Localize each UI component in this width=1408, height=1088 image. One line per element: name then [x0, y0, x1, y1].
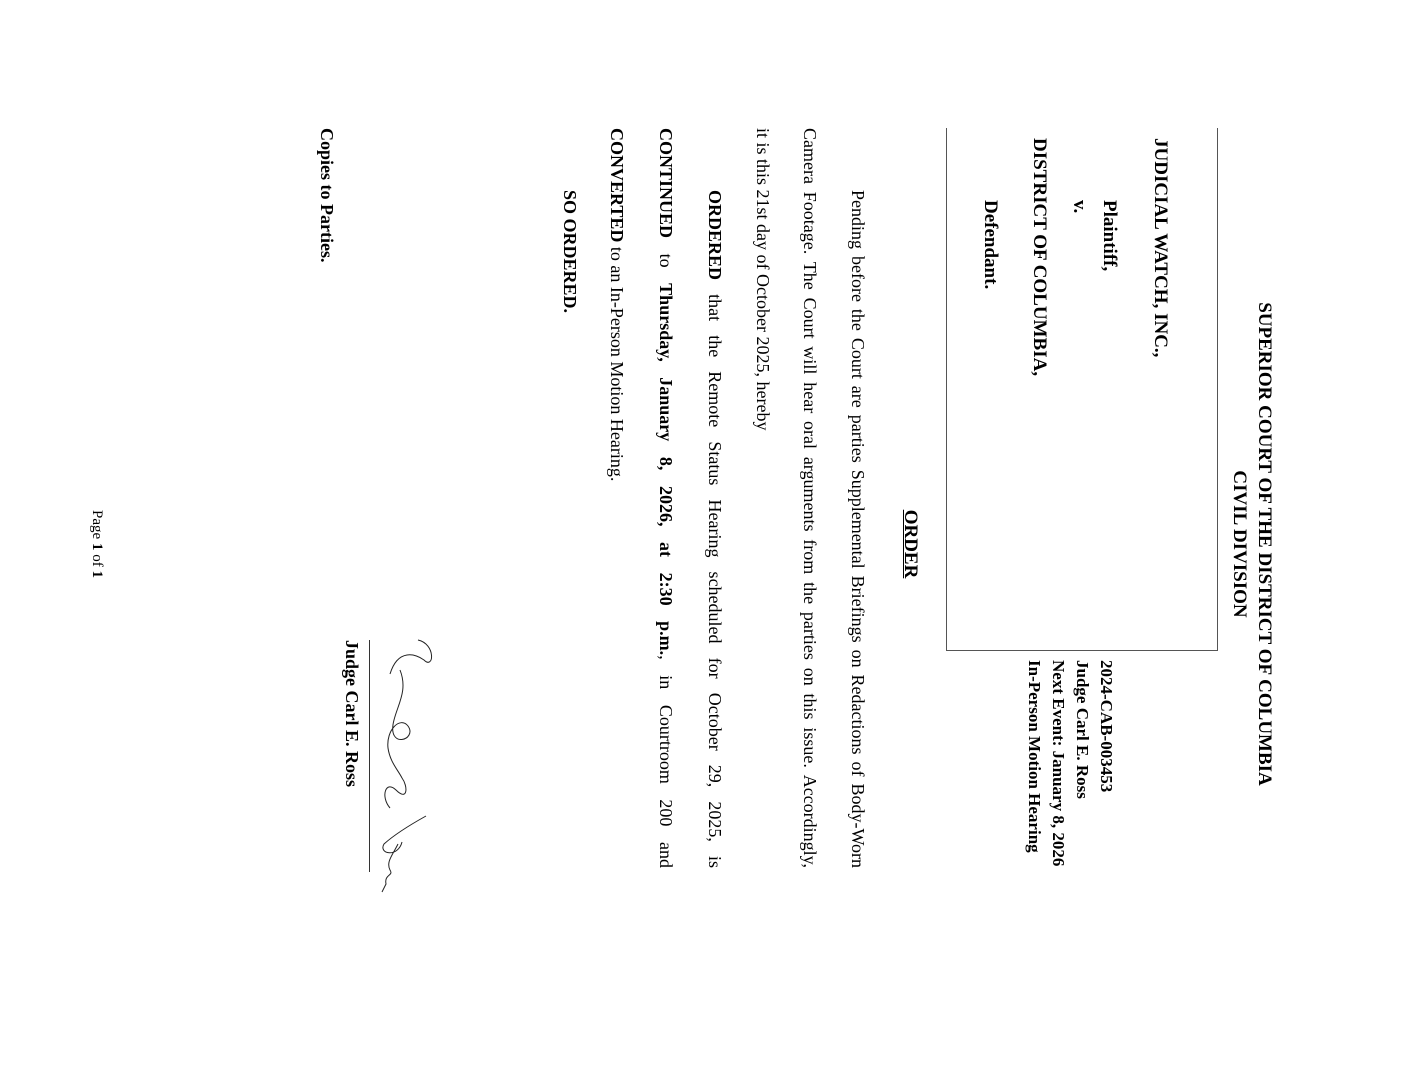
- para2-line2: CONTINUED to Thursday, January 8, 2026, …: [657, 128, 675, 868]
- signature-icon: [372, 630, 438, 900]
- converted-keyword: CONVERTED: [607, 128, 627, 242]
- para1-line2: Camera Footage. The Court will hear oral…: [801, 128, 819, 868]
- continued-keyword: CONTINUED: [656, 128, 676, 238]
- case-info: 2024-CAB-003453 Judge Carl E. Ross Next …: [1022, 660, 1118, 866]
- versus: v.: [1070, 200, 1089, 213]
- plaintiff-name: JUDICIAL WATCH, INC.,: [1151, 138, 1170, 357]
- signing-judge-name: Judge Carl E. Ross: [343, 640, 361, 787]
- page-current: 1: [89, 543, 105, 551]
- page-footer: Page 1 of 1: [89, 0, 104, 1088]
- signature-line: [369, 640, 370, 872]
- para2-line3: CONVERTED to an In-Person Motion Hearing…: [608, 128, 626, 868]
- document-page: SUPERIOR COURT OF THE DISTRICT OF COLUMB…: [0, 0, 1408, 1088]
- court-division: CIVIL DIVISION: [1230, 0, 1249, 1088]
- para1-line3: it is this 21st day of October 2025, her…: [754, 128, 772, 868]
- next-event: Next Event: January 8, 2026: [1046, 660, 1070, 866]
- order-heading: ORDER: [901, 0, 920, 1088]
- ordered-keyword: ORDERED: [705, 190, 725, 280]
- case-number: 2024-CAB-003453: [1094, 660, 1118, 866]
- plaintiff-role: Plaintiff,: [1100, 200, 1119, 271]
- para2-line1: ORDERED that the Remote Status Hearing s…: [706, 190, 724, 868]
- court-title: SUPERIOR COURT OF THE DISTRICT OF COLUMB…: [1255, 0, 1274, 1088]
- assigned-judge: Judge Carl E. Ross: [1070, 660, 1094, 866]
- new-hearing-date: Thursday, January 8, 2026, at 2:30 p.m.: [656, 283, 676, 655]
- copies-to-parties: Copies to Parties.: [318, 128, 336, 262]
- page-total: 1: [89, 570, 105, 578]
- para1-line1: Pending before the Court are parties Sup…: [849, 190, 867, 868]
- so-ordered: SO ORDERED.: [561, 190, 579, 930]
- defendant-role: Defendant.: [981, 200, 1000, 289]
- event-type: In-Person Motion Hearing: [1022, 660, 1046, 866]
- defendant-name: DISTRICT OF COLUMBIA,: [1030, 138, 1049, 376]
